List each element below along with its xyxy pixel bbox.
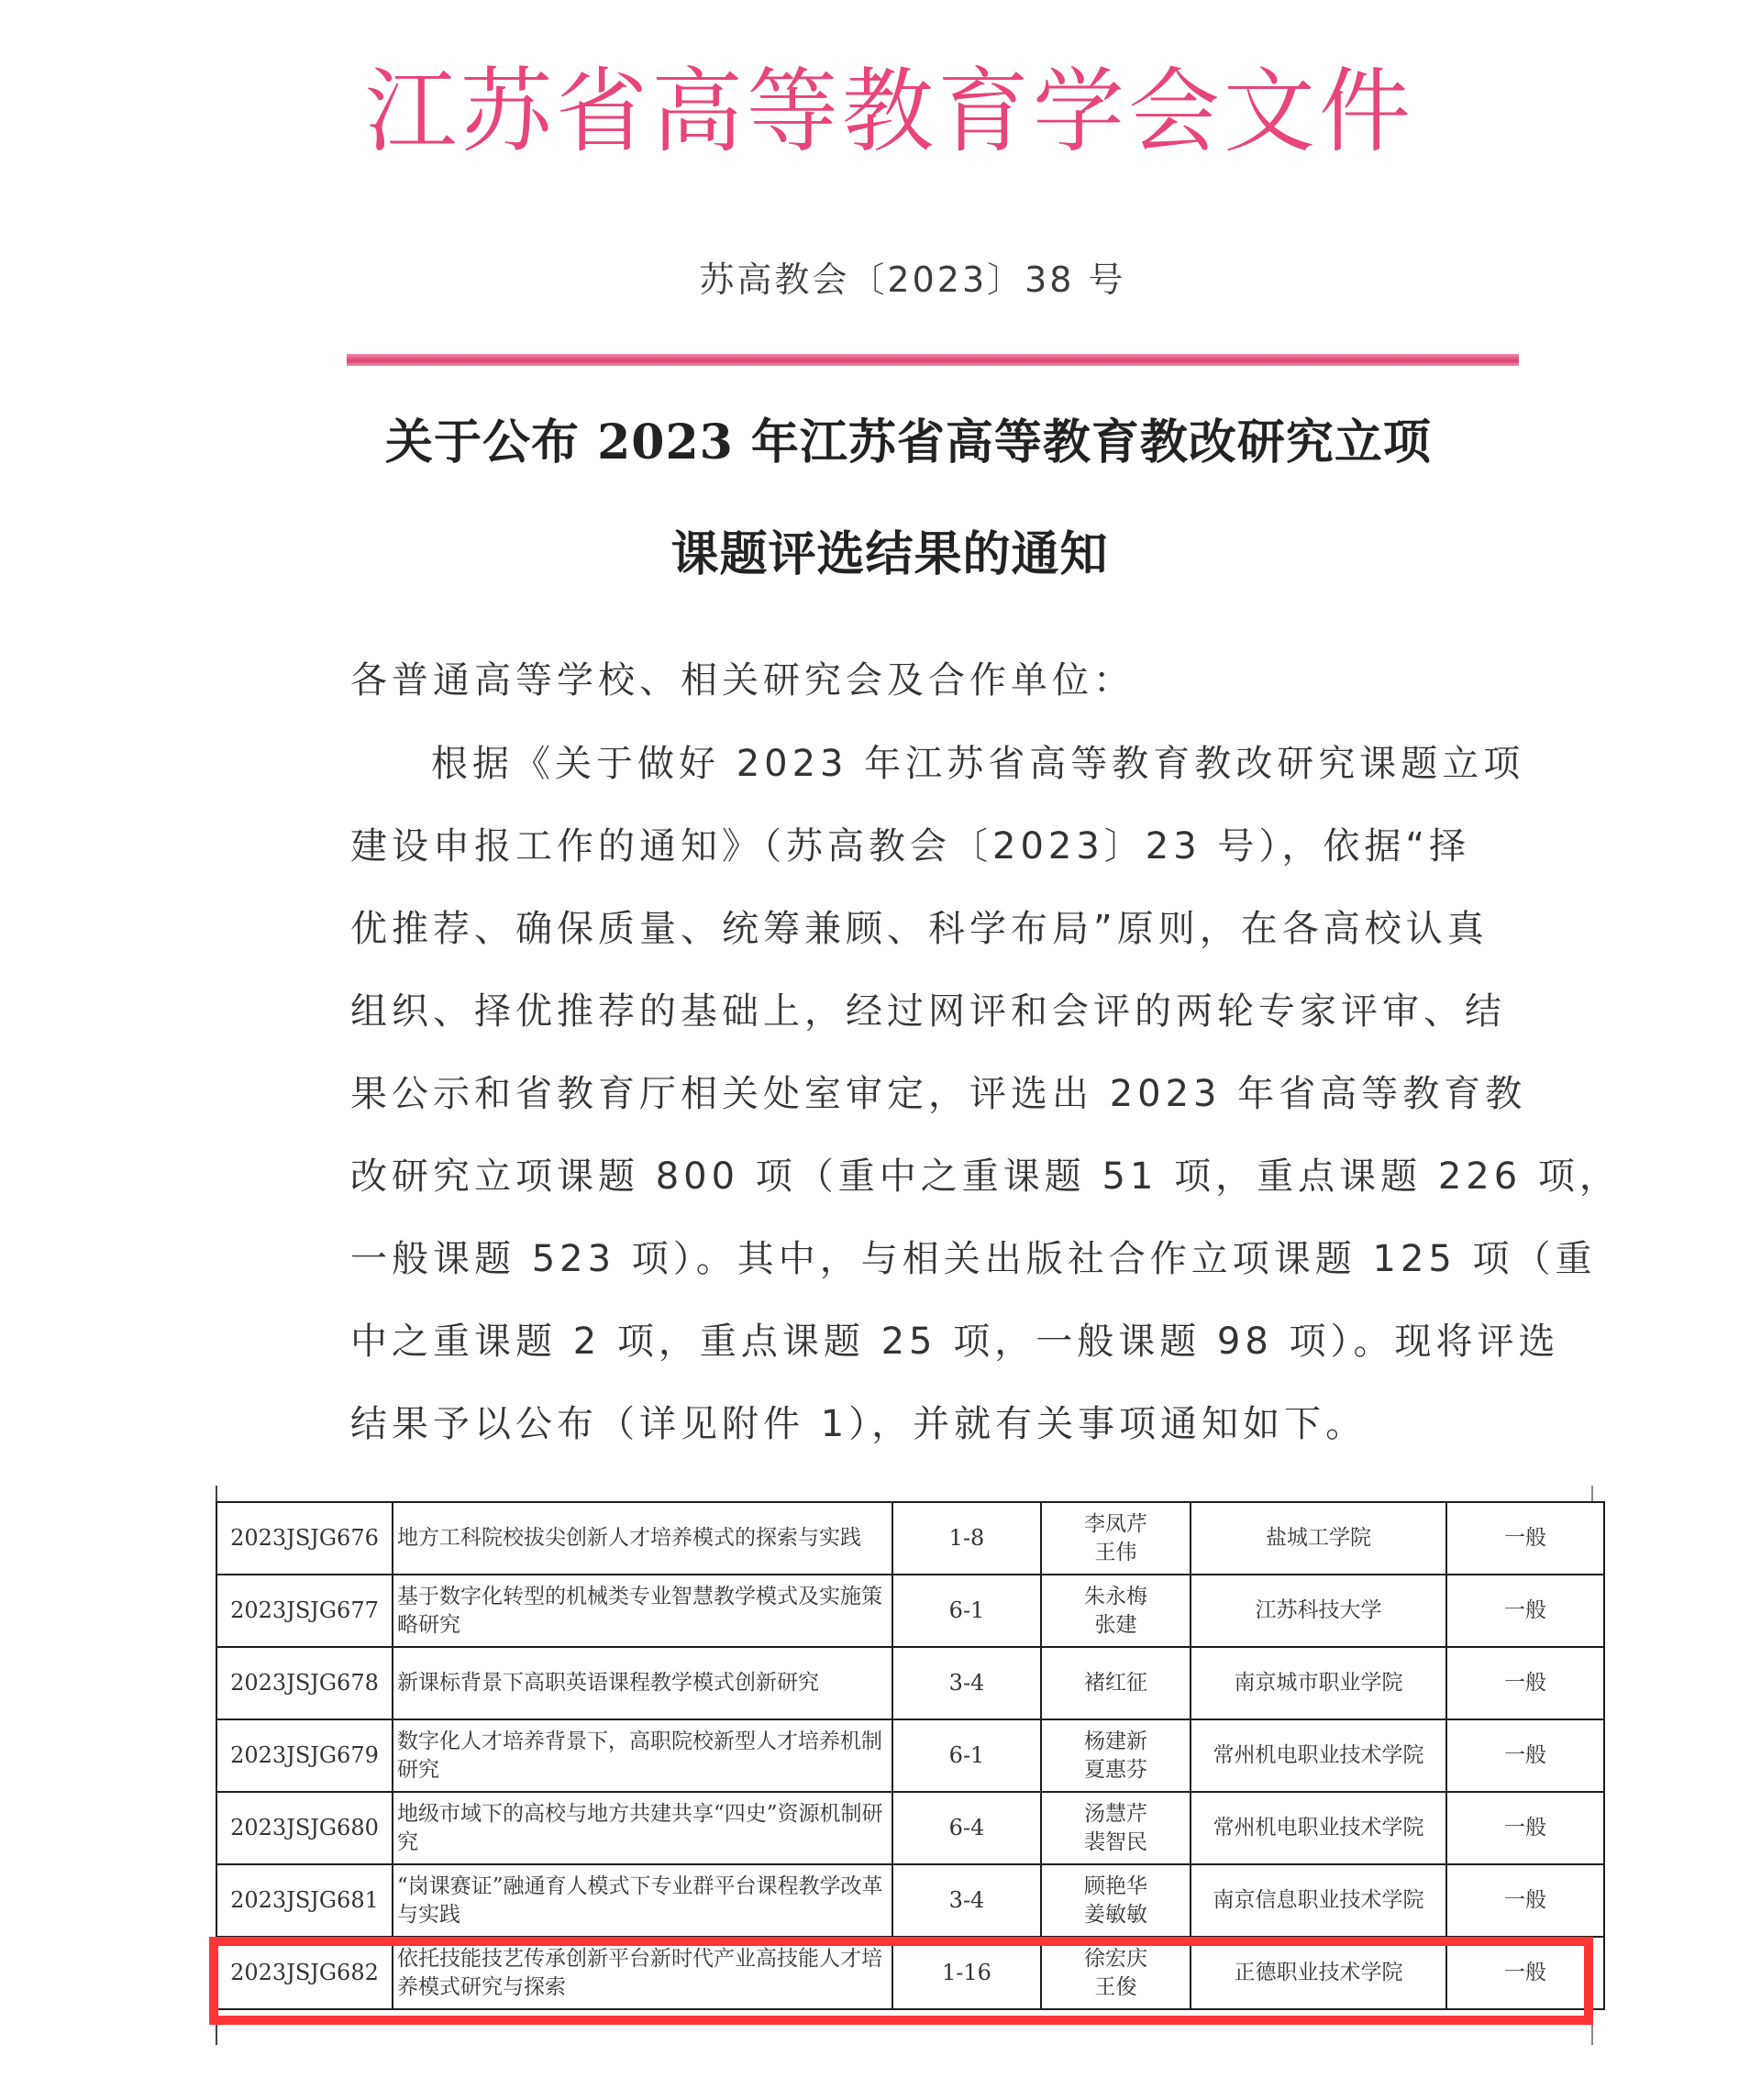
- project-id: 2023JSJG679: [216, 1719, 393, 1792]
- table-edge-top: [216, 1486, 1593, 1501]
- table-edge-bottom: [216, 2022, 1593, 2045]
- body-line: 中之重课题 2 项，重点课题 25 项，一般课题 98 项）。现将评选: [350, 1314, 1442, 1369]
- document-number: 苏高教会〔2023〕38 号: [550, 257, 1275, 303]
- leader-name: 裴智民: [1046, 1829, 1186, 1857]
- project-level: 一般: [1446, 1719, 1604, 1792]
- school-name: 常州机电职业技术学院: [1191, 1792, 1446, 1864]
- project-leaders: 汤慧芹裴智民: [1041, 1792, 1191, 1864]
- category-code: 3-4: [892, 1647, 1041, 1719]
- leader-name: 张建: [1046, 1611, 1186, 1640]
- project-id: 2023JSJG676: [216, 1502, 393, 1575]
- leader-name: 李凤芹: [1046, 1510, 1186, 1539]
- project-title: 新课标背景下高职英语课程教学模式创新研究: [393, 1647, 892, 1719]
- leader-name: 王伟: [1046, 1539, 1186, 1567]
- project-leaders: 杨建新夏惠芬: [1041, 1719, 1191, 1792]
- leader-name: 杨建新: [1046, 1728, 1186, 1756]
- project-id: 2023JSJG681: [216, 1864, 393, 1937]
- school-name: 盐城工学院: [1191, 1502, 1446, 1575]
- project-title: 地级市域下的高校与地方共建共享“四史”资源机制研究: [393, 1792, 892, 1864]
- school-name: 常州机电职业技术学院: [1191, 1719, 1446, 1792]
- project-leaders: 李凤芹王伟: [1041, 1502, 1191, 1575]
- body-line: 结果予以公布（详见附件 1），并就有关事项通知如下。: [350, 1397, 1442, 1452]
- leader-name: 徐宏庆: [1046, 1945, 1186, 1973]
- project-leaders: 徐宏庆王俊: [1041, 1937, 1191, 2009]
- project-leaders: 顾艳华姜敏敏: [1041, 1864, 1191, 1937]
- issuer-title: 江苏省高等教育学会文件: [362, 57, 1417, 167]
- project-level: 一般: [1446, 1647, 1604, 1719]
- table-row: 2023JSJG678 新课标背景下高职英语课程教学模式创新研究 3-4 褚红征…: [216, 1647, 1604, 1719]
- project-leaders: 褚红征: [1041, 1647, 1191, 1719]
- body-line: 一般课题 523 项）。其中，与相关出版社合作立项课题 125 项（重: [350, 1232, 1442, 1287]
- category-code: 1-16: [892, 1937, 1041, 2009]
- project-level: 一般: [1446, 1864, 1604, 1937]
- school-name: 江苏科技大学: [1191, 1575, 1446, 1647]
- table-row: 2023JSJG681 “岗课赛证”融通育人模式下专业群平台课程教学改革与实践 …: [216, 1864, 1604, 1937]
- project-level: 一般: [1446, 1575, 1604, 1647]
- project-level: 一般: [1446, 1937, 1604, 2009]
- table-row: 2023JSJG679 数字化人才培养背景下，高职院校新型人才培养机制研究 6-…: [216, 1719, 1604, 1792]
- project-title: “岗课赛证”融通育人模式下专业群平台课程教学改革与实践: [393, 1864, 892, 1937]
- leader-name: 褚红征: [1046, 1669, 1186, 1697]
- leader-name: 汤慧芹: [1046, 1800, 1186, 1829]
- table-row: 2023JSJG680 地级市域下的高校与地方共建共享“四史”资源机制研究 6-…: [216, 1792, 1604, 1864]
- category-code: 1-8: [892, 1502, 1041, 1575]
- project-title: 依托技能技艺传承创新平台新时代产业高技能人才培养模式研究与探索: [393, 1937, 892, 2009]
- project-id: 2023JSJG680: [216, 1792, 393, 1864]
- school-name: 南京信息职业技术学院: [1191, 1864, 1446, 1937]
- project-id: 2023JSJG677: [216, 1575, 393, 1647]
- body-line: 根据《关于做好 2023 年江苏省高等教育教改研究课题立项: [431, 736, 1523, 791]
- body-line: 组织、择优推荐的基础上，经过网评和会评的两轮专家评审、结: [350, 984, 1442, 1039]
- school-name: 正德职业技术学院: [1191, 1937, 1446, 2009]
- project-level: 一般: [1446, 1792, 1604, 1864]
- category-code: 6-1: [892, 1719, 1041, 1792]
- notice-heading-line-1: 关于公布 2023 年江苏省高等教育教改研究立项: [385, 411, 1394, 475]
- table-row: 2023JSJG677 基于数字化转型的机械类专业智慧教学模式及实施策略研究 6…: [216, 1575, 1604, 1647]
- project-leaders: 朱永梅张建: [1041, 1575, 1191, 1647]
- red-divider-rule: [347, 354, 1519, 366]
- leader-name: 朱永梅: [1046, 1583, 1186, 1611]
- school-name: 南京城市职业学院: [1191, 1647, 1446, 1719]
- project-results-table: 2023JSJG676 地方工科院校拔尖创新人才培养模式的探索与实践 1-8 李…: [216, 1501, 1605, 2010]
- body-line: 改研究立项课题 800 项（重中之重课题 51 项，重点课题 226 项，: [350, 1149, 1442, 1204]
- table-row: 2023JSJG676 地方工科院校拔尖创新人才培养模式的探索与实践 1-8 李…: [216, 1502, 1604, 1575]
- project-id: 2023JSJG682: [216, 1937, 393, 2009]
- project-title: 基于数字化转型的机械类专业智慧教学模式及实施策略研究: [393, 1575, 892, 1647]
- leader-name: 王俊: [1046, 1973, 1186, 2002]
- category-code: 6-4: [892, 1792, 1041, 1864]
- leader-name: 姜敏敏: [1046, 1901, 1186, 1929]
- leader-name: 顾艳华: [1046, 1873, 1186, 1901]
- salutation: 各普通高等学校、相关研究会及合作单位：: [350, 653, 1442, 708]
- table-row-highlighted: 2023JSJG682 依托技能技艺传承创新平台新时代产业高技能人才培养模式研究…: [216, 1937, 1604, 2009]
- leader-name: 夏惠芬: [1046, 1756, 1186, 1785]
- notice-heading-line-2: 课题评选结果的通知: [385, 523, 1394, 587]
- project-level: 一般: [1446, 1502, 1604, 1575]
- project-title: 数字化人才培养背景下，高职院校新型人才培养机制研究: [393, 1719, 892, 1792]
- body-line: 建设申报工作的通知》（苏高教会〔2023〕23 号），依据“择: [350, 819, 1442, 874]
- project-id: 2023JSJG678: [216, 1647, 393, 1719]
- body-line: 优推荐、确保质量、统筹兼顾、科学布局”原则，在各高校认真: [350, 901, 1442, 956]
- category-code: 6-1: [892, 1575, 1041, 1647]
- project-title: 地方工科院校拔尖创新人才培养模式的探索与实践: [393, 1502, 892, 1575]
- category-code: 3-4: [892, 1864, 1041, 1937]
- body-line: 果公示和省教育厅相关处室审定，评选出 2023 年省高等教育教: [350, 1067, 1442, 1122]
